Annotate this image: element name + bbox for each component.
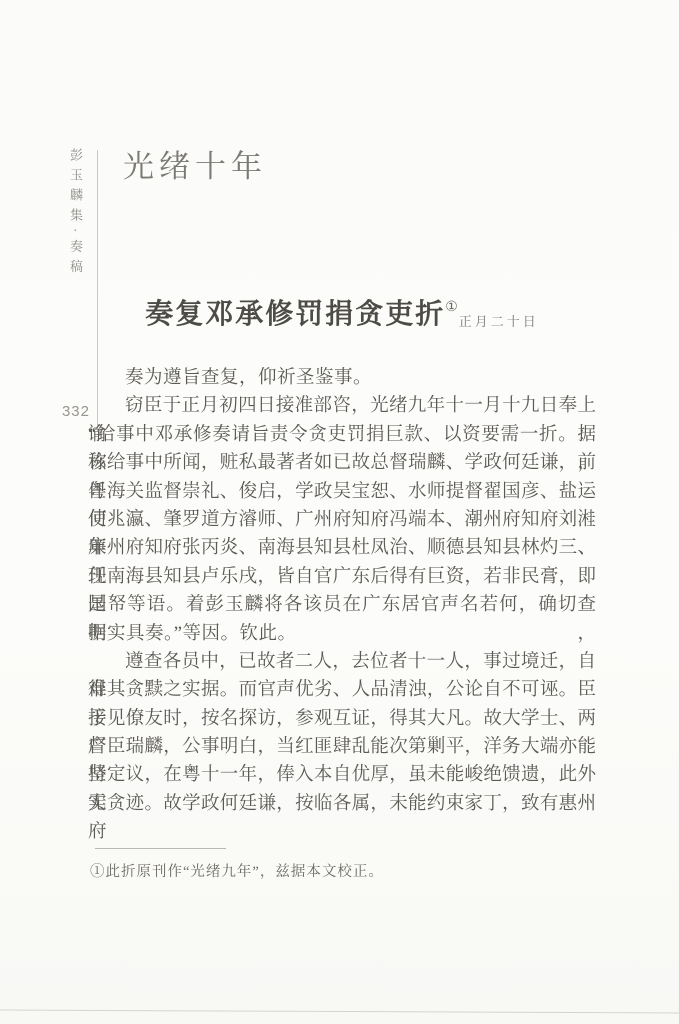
- body-line: 督臣瑞麟，公事明白，当红匪肆乱能次第剿平，洋务大端亦能坚: [88, 733, 596, 761]
- body-line: 该给事中所闻，赃私最著者如已故总督瑞麟、学政何廷谦，前任: [88, 449, 596, 477]
- body-line: “给事中邓承修奏请旨责令贪吏罚捐巨款、以资要需一折。据称，: [88, 421, 596, 449]
- body-line: 任南海县知县卢乐戌，皆自官广东后得有巨资，若非民膏，即是: [88, 563, 596, 591]
- page-number: 332: [38, 403, 90, 420]
- body-line: 国帑等语。着彭玉麟将各该员在广东居官声名若何，确切查明，: [88, 591, 596, 619]
- body-line: 接见僚友时，按名探访，参观互证，得其大凡。故大学士、两广: [88, 705, 596, 733]
- body-line: 持定议，在粤十一年，俸入本自优厚，虽未能峻绝馈遗，此外实: [88, 761, 596, 789]
- body-line: 无贪迹。故学政何廷谦，按临各属，未能约束家丁，致有惠州府: [88, 790, 596, 818]
- footnote-separator-line: [95, 848, 226, 849]
- footnote-reference-marker: ①: [445, 300, 458, 315]
- body-line: 廉州府知府张丙炎、南海县知县杜凤治、顺德县知县林灼三、现: [88, 534, 596, 562]
- article-title: 奏复邓承修罚捐贪吏折①正月二十日: [88, 292, 596, 332]
- spine-label: 彭玉麟集·奏稿: [66, 148, 85, 279]
- chapter-title: 光绪十年: [123, 141, 267, 186]
- book-page: 彭玉麟集·奏稿 332 光绪十年 奏复邓承修罚捐贪吏折①正月二十日 奏为遵旨查复…: [0, 0, 679, 1024]
- page-bottom-edge: [0, 1009, 679, 1013]
- article-title-text: 奏复邓承修罚捐贪吏折: [145, 299, 445, 330]
- body-line: 得其贪黩之实据。而官声优劣、人品清浊，公论自不可诬。臣于: [88, 676, 596, 704]
- article-title-date: 正月二十日: [459, 314, 539, 329]
- footnote-text: ①此折原刊作“光绪九年”，兹据本文校正。: [90, 860, 598, 881]
- body-text: 奏为遵旨查复，仰祈圣鉴事。窃臣于正月初四日接准部咨，光绪九年十一月十九日奉上谕：…: [88, 364, 596, 818]
- body-line: 窃臣于正月初四日接准部咨，光绪九年十一月十九日奉上谕：: [88, 392, 596, 420]
- body-line: 遵查各员中，已故者二人，去位者十一人，事过境迁，自难: [88, 648, 596, 676]
- body-line: 粤海关监督崇礼、俊启，学政吴宝恕、水师提督翟国彦、盐运使: [88, 478, 596, 506]
- body-line: 奏为遵旨查复，仰祈圣鉴事。: [88, 364, 596, 392]
- body-line: 何兆瀛、肇罗道方濬师、广州府知府冯端本、潮州府知府刘溎年、: [88, 506, 596, 534]
